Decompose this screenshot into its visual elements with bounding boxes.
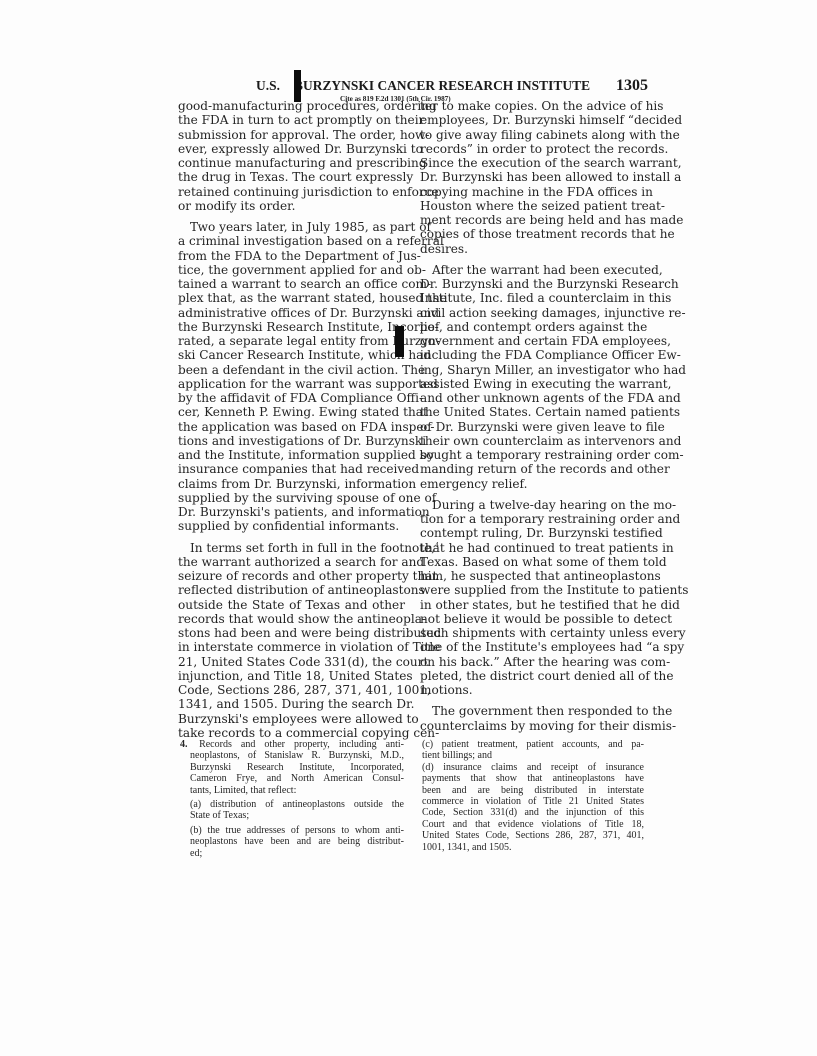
paragraph: The government then responded to the cou… <box>420 704 646 733</box>
text-line: and other unknown agents of the FDA and <box>420 391 646 405</box>
case-title-prefix: U.S. <box>256 78 280 93</box>
text-line: 4. Records and other property, including… <box>180 739 404 750</box>
text-line: cer, Kenneth P. Ewing. Ewing stated that <box>178 405 405 419</box>
paragraph: Two years later, in July 1985, as part o… <box>178 220 405 534</box>
text-line: The government then responded to the <box>420 704 646 718</box>
text-line: the application was based on FDA inspec- <box>178 420 405 434</box>
text-line: tained a warrant to search an office com… <box>178 277 405 291</box>
text-line: 21, United States Code 331(d), the court <box>178 655 405 669</box>
text-line: in other states, but he testified that h… <box>420 598 646 612</box>
case-title-main: BURZYNSKI CANCER RESEARCH INSTITUTE <box>294 78 590 93</box>
text-line: Dr. Burzynski and the Burzynski Research <box>420 277 646 291</box>
text-line: to give away filing cabinets along with … <box>420 128 646 142</box>
footnote-4-left: 4. Records and other property, including… <box>180 739 404 859</box>
text-line: ing, Sharyn Miller, an investigator who … <box>420 363 646 377</box>
text-line: injunction, and Title 18, United States <box>178 669 405 683</box>
text-line: After the warrant had been executed, <box>420 263 646 277</box>
text-line: counterclaims by moving for their dismis… <box>420 719 646 733</box>
text-line: Dr. Burzynski's patients, and informatio… <box>178 505 405 519</box>
text-line: ever, expressly allowed Dr. Burzynski to <box>178 142 405 156</box>
text-line: ski Cancer Research Institute, which had <box>178 348 405 362</box>
text-line: neoplastons have been and are being dist… <box>180 836 404 847</box>
paragraph: During a twelve-day hearing on the mo- t… <box>420 498 646 698</box>
text-line: Dr. Burzynski has been allowed to instal… <box>420 170 646 184</box>
document-page: U.S.BURZYNSKI CANCER RESEARCH INSTITUTE … <box>0 0 817 1056</box>
text-line: records” in order to protect the records… <box>420 142 646 156</box>
footnote-4-right: (c) patient treatment, patient accounts,… <box>422 739 644 853</box>
text-line: the warrant authorized a search for and <box>178 555 405 569</box>
text-line: supplied by the surviving spouse of one … <box>178 491 405 505</box>
text-line: the FDA in turn to act promptly on their <box>178 113 405 127</box>
text-line: tient billings; and <box>422 750 644 761</box>
text-line: that he had continued to treat patients … <box>420 541 646 555</box>
text-line: administrative offices of Dr. Burzynski … <box>178 306 405 320</box>
text-line: application for the warrant was supporte… <box>178 377 405 391</box>
footnote-number: 4. <box>180 739 190 750</box>
text-line: in interstate commerce in violation of T… <box>178 640 405 654</box>
text-line: and the Institute, information supplied … <box>178 448 405 462</box>
text-line: their own counterclaim as intervenors an… <box>420 434 646 448</box>
text-line: Burzynski Research Institute, Incorporat… <box>180 762 404 773</box>
text-line: such shipments with certainty unless eve… <box>420 626 646 640</box>
redaction-mark <box>294 70 301 102</box>
text-line: (d) insurance claims and receipt of insu… <box>422 762 644 773</box>
text-line: submission for approval. The order, how- <box>178 128 405 142</box>
text-line: payments that show that antineoplastons … <box>422 773 644 784</box>
text-line: Since the execution of the search warran… <box>420 156 646 170</box>
text-line: Court and that evidence violations of Ti… <box>422 819 644 830</box>
text-line: him, he suspected that antineoplastons <box>420 569 646 583</box>
footnote-item-a: (a) distribution of antineoplastons outs… <box>180 799 404 822</box>
text-line: ment records are being held and has made <box>420 213 646 227</box>
paragraph: In terms set forth in full in the footno… <box>178 541 405 741</box>
text-line: of Dr. Burzynski were given leave to fil… <box>420 420 646 434</box>
text-line: neoplastons, of Stanislaw R. Burzynski, … <box>180 750 404 761</box>
text-line: motions. <box>420 683 646 697</box>
text-line: good-manufacturing procedures, ordering <box>178 99 405 113</box>
text-line: been and are being distributed in inters… <box>422 785 644 796</box>
paragraph: good-manufacturing procedures, ordering … <box>178 99 405 213</box>
text-line: desires. <box>420 242 646 256</box>
text-line: not believe it would be possible to dete… <box>420 612 646 626</box>
text-line: on his back.” After the hearing was com- <box>420 655 646 669</box>
text-line: lief, and contempt orders against the <box>420 320 646 334</box>
redaction-mark <box>395 326 404 357</box>
text-line: (a) distribution of antineoplastons outs… <box>180 799 404 810</box>
text-line: or modify its order. <box>178 199 405 213</box>
text-line: insurance companies that had received <box>178 462 405 476</box>
text-line: tion for a temporary restraining order a… <box>420 512 646 526</box>
text-line: tants, Limited, that reflect: <box>180 785 404 796</box>
text-line: tice, the government applied for and ob- <box>178 263 405 277</box>
text-line: 1001, 1341, and 1505. <box>422 842 644 853</box>
text-line: one of the Institute's employees had “a … <box>420 640 646 654</box>
right-column: ter to make copies. On the advice of his… <box>420 99 646 733</box>
text-line: claims from Dr. Burzynski, information <box>178 477 405 491</box>
text-line: rated, a separate legal entity from Burz… <box>178 334 405 348</box>
left-column: good-manufacturing procedures, ordering … <box>178 99 405 740</box>
paragraph: After the warrant had been executed, Dr.… <box>420 263 646 491</box>
text-line: the Burzynski Research Institute, Incorp… <box>178 320 405 334</box>
text-line: the United States. Certain named patient… <box>420 405 646 419</box>
text-line: by the affidavit of FDA Compliance Offi- <box>178 391 405 405</box>
text-line: copying machine in the FDA offices in <box>420 185 646 199</box>
text-line: employees, Dr. Burzynski himself “decide… <box>420 113 646 127</box>
text-line: (c) patient treatment, patient accounts,… <box>422 739 644 750</box>
text-line: Cameron Frye, and North American Consul- <box>180 773 404 784</box>
text-line: civil action seeking damages, injunctive… <box>420 306 646 320</box>
text-line: assisted Ewing in executing the warrant, <box>420 377 646 391</box>
text-line: Institute, Inc. filed a counterclaim in … <box>420 291 646 305</box>
footnote-item-d: (d) insurance claims and receipt of insu… <box>422 762 644 853</box>
text-line: emergency relief. <box>420 477 646 491</box>
text-line: retained continuing jurisdiction to enfo… <box>178 185 405 199</box>
text-line: Texas. Based on what some of them told <box>420 555 646 569</box>
text-line: outside the State of Texas and other <box>178 598 405 612</box>
page-number: 1305 <box>616 77 648 95</box>
text-line: copies of those treatment records that h… <box>420 227 646 241</box>
text-line: plex that, as the warrant stated, housed… <box>178 291 405 305</box>
text-line: State of Texas; <box>180 810 404 821</box>
text-line: supplied by confidential informants. <box>178 519 405 533</box>
text-line: tions and investigations of Dr. Burzynsk… <box>178 434 405 448</box>
text-line: including the FDA Compliance Officer Ew- <box>420 348 646 362</box>
text-line: Code, Sections 286, 287, 371, 401, 1001, <box>178 683 405 697</box>
text-line: commerce in violation of Title 21 United… <box>422 796 644 807</box>
paragraph: ter to make copies. On the advice of his… <box>420 99 646 256</box>
text-line: from the FDA to the Department of Jus- <box>178 249 405 263</box>
text-line: Burzynski's employees were allowed to <box>178 712 405 726</box>
text-line: were supplied from the Institute to pati… <box>420 583 646 597</box>
text-line: continue manufacturing and prescribing <box>178 156 405 170</box>
footnote-item-b: (b) the true addresses of persons to who… <box>180 825 404 859</box>
text-line: 1341, and 1505. During the search Dr. <box>178 697 405 711</box>
text-line: During a twelve-day hearing on the mo- <box>420 498 646 512</box>
text-line: stons had been and were being distribute… <box>178 626 405 640</box>
text-line: Two years later, in July 1985, as part o… <box>178 220 405 234</box>
text-line: a criminal investigation based on a refe… <box>178 234 405 248</box>
text-line: sought a temporary restraining order com… <box>420 448 646 462</box>
text-line: In terms set forth in full in the footno… <box>178 541 405 555</box>
text-line: records that would show the antineopla- <box>178 612 405 626</box>
text-line: United States Code, Sections 286, 287, 3… <box>422 830 644 841</box>
text-line: Houston where the seized patient treat- <box>420 199 646 213</box>
text-line: contempt ruling, Dr. Burzynski testified <box>420 526 646 540</box>
text-line: reflected distribution of antineoplaston… <box>178 583 405 597</box>
text-line: pleted, the district court denied all of… <box>420 669 646 683</box>
text-line: the drug in Texas. The court expressly <box>178 170 405 184</box>
text-line: manding return of the records and other <box>420 462 646 476</box>
text-line: ed; <box>180 848 404 859</box>
text-line: take records to a commercial copying cen… <box>178 726 405 740</box>
text-line: ter to make copies. On the advice of his <box>420 99 646 113</box>
text-line: (b) the true addresses of persons to who… <box>180 825 404 836</box>
case-title: U.S.BURZYNSKI CANCER RESEARCH INSTITUTE <box>256 78 590 94</box>
text-line: government and certain FDA employees, <box>420 334 646 348</box>
text-line: Code, Section 331(d) and the injunction … <box>422 807 644 818</box>
text-line: been a defendant in the civil action. Th… <box>178 363 405 377</box>
text-line: seizure of records and other property th… <box>178 569 405 583</box>
footnote-item-c: (c) patient treatment, patient accounts,… <box>422 739 644 762</box>
